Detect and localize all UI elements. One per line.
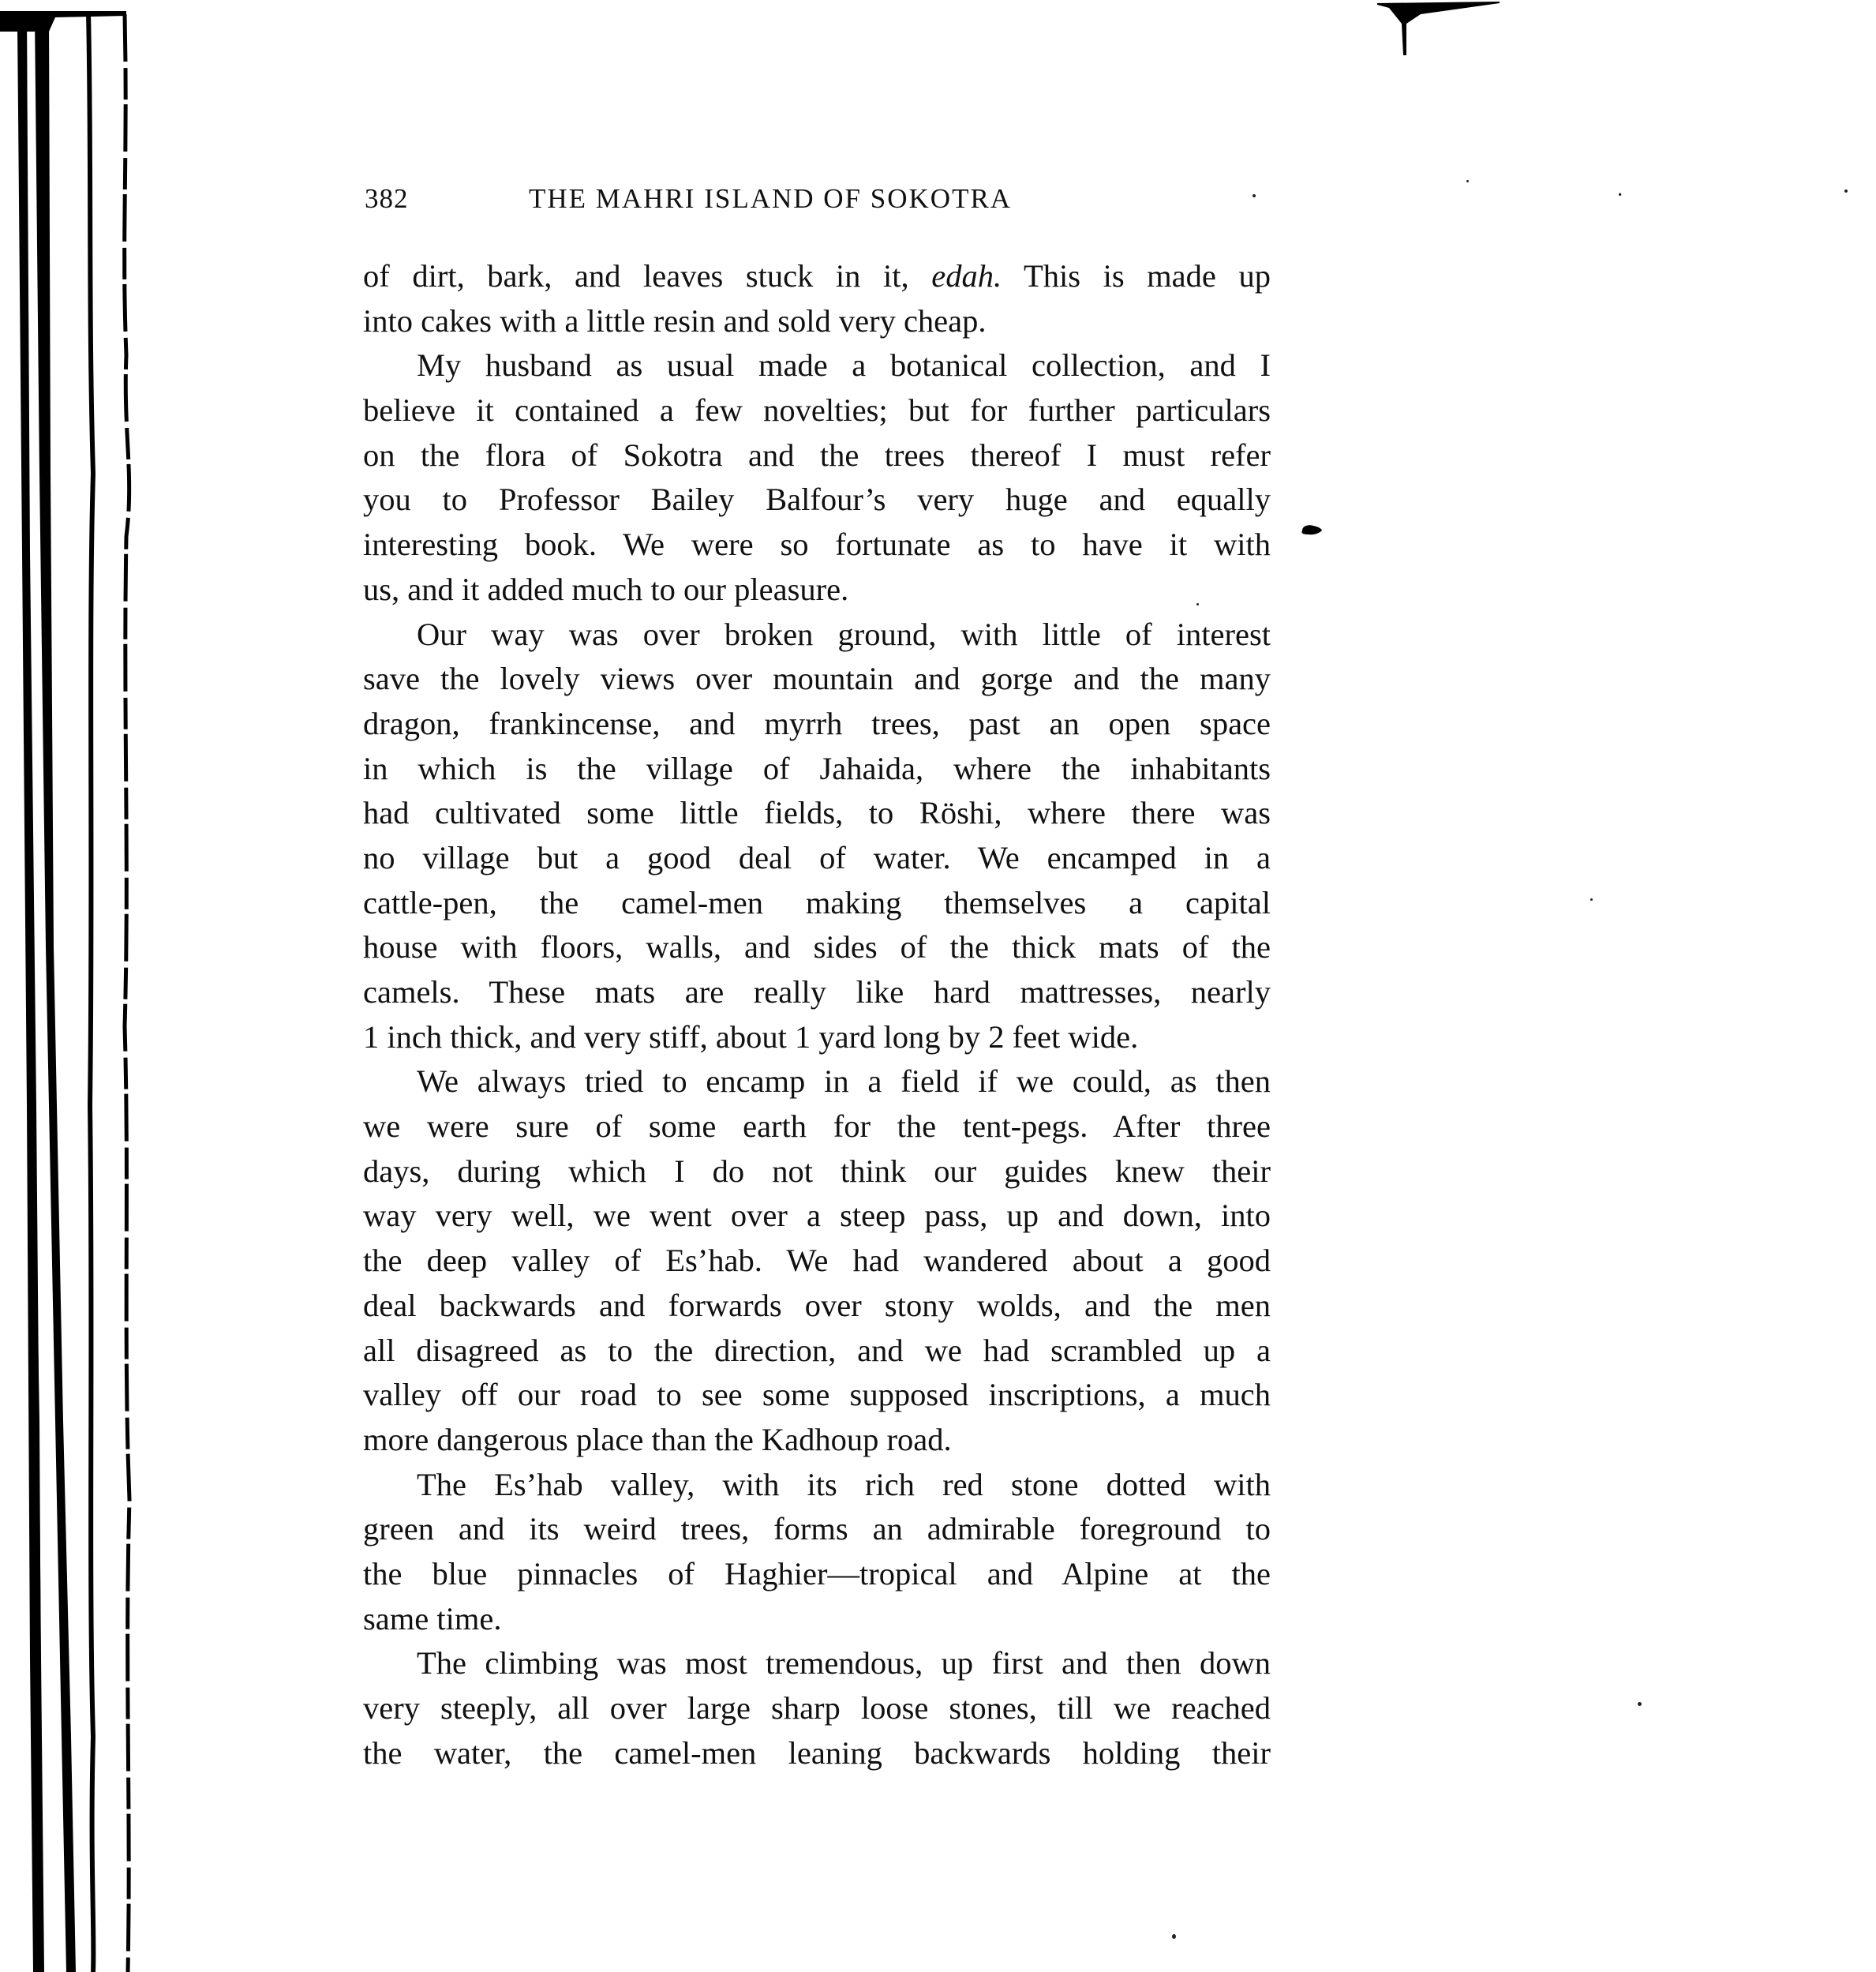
text-line: cattle-pen, the camel-men making themsel… [363, 881, 1271, 926]
text-line: the deep valley of Es’hab. We had wander… [363, 1239, 1271, 1284]
page-number: 382 [365, 183, 409, 215]
text-line: interesting book. We were so fortunate a… [363, 523, 1271, 568]
scan-speck [1844, 189, 1848, 193]
running-header: 382 THE MAHRI ISLAND OF SOKOTRA · [363, 183, 1271, 223]
text-line: we were sure of some earth for the tent-… [363, 1104, 1271, 1149]
text-line: the water, the camel-men leaning backwar… [363, 1731, 1271, 1776]
scan-speck [1590, 898, 1593, 901]
text-line: same time. [363, 1597, 1271, 1642]
text-line: believe it contained a few novelties; bu… [363, 388, 1271, 433]
paragraph-first-line: The climbing was most tremendous, up fir… [363, 1641, 1271, 1686]
text-line: more dangerous place than the Kadhoup ro… [363, 1418, 1271, 1463]
text-line: way very well, we went over a steep pass… [363, 1194, 1271, 1239]
scan-speck [1172, 1934, 1176, 1939]
italic-term: edah. [931, 258, 1002, 294]
text-line: very steeply, all over large sharp loose… [363, 1686, 1271, 1731]
text-line: of dirt, bark, and leaves stuck in it, e… [363, 254, 1271, 299]
ink-blot-artifact [1301, 524, 1323, 537]
binding-edge-artifact [0, 0, 158, 1972]
text-line: the blue pinnacles of Haghier—tropical a… [363, 1552, 1271, 1597]
text-line: valley off our road to see some supposed… [363, 1373, 1271, 1418]
scan-speck [1196, 603, 1199, 605]
text-line: on the flora of Sokotra and the trees th… [363, 433, 1271, 478]
text-line: had cultivated some little fields, to Rö… [363, 791, 1271, 836]
text-line: save the lovely views over mountain and … [363, 657, 1271, 702]
text-line: days, during which I do not think our gu… [363, 1149, 1271, 1194]
running-title: THE MAHRI ISLAND OF SOKOTRA [529, 183, 1012, 215]
text-line: all disagreed as to the direction, and w… [363, 1329, 1271, 1374]
text-line: camels. These mats are really like hard … [363, 970, 1271, 1015]
text-line: house with floors, walls, and sides of t… [363, 925, 1271, 970]
text-line: green and its weird trees, forms an admi… [363, 1507, 1271, 1552]
scan-speck [1638, 1702, 1642, 1706]
text-fragment: of dirt, bark, and leaves stuck in it, [363, 258, 931, 294]
paragraph-first-line: We always tried to encamp in a field if … [363, 1059, 1271, 1104]
text-line: 1 inch thick, and very stiff, about 1 ya… [363, 1015, 1271, 1060]
scanned-book-page: 382 THE MAHRI ISLAND OF SOKOTRA · of dir… [0, 0, 1876, 1972]
paragraph-first-line: My husband as usual made a botanical col… [363, 343, 1271, 388]
text-line: no village but a good deal of water. We … [363, 836, 1271, 881]
text-fragment: This is made up [1002, 258, 1271, 294]
text-line: into cakes with a little resin and sold … [363, 299, 1271, 344]
text-line: dragon, frankincense, and myrrh trees, p… [363, 702, 1271, 747]
body-text: of dirt, bark, and leaves stuck in it, e… [363, 254, 1271, 1775]
header-ornament: · [1616, 183, 1624, 208]
scan-speck [1253, 194, 1256, 197]
text-line: in which is the village of Jahaida, wher… [363, 747, 1271, 792]
paragraph-first-line: The Es’hab valley, with its rich red sto… [363, 1463, 1271, 1508]
scan-speck [1466, 180, 1469, 182]
text-line: you to Professor Bailey Balfour’s very h… [363, 478, 1271, 523]
paragraph-first-line: Our way was over broken ground, with lit… [363, 613, 1271, 658]
text-line: deal backwards and forwards over stony w… [363, 1284, 1271, 1329]
text-line: us, and it added much to our pleasure. [363, 568, 1271, 613]
corner-artifact [1357, 0, 1515, 63]
